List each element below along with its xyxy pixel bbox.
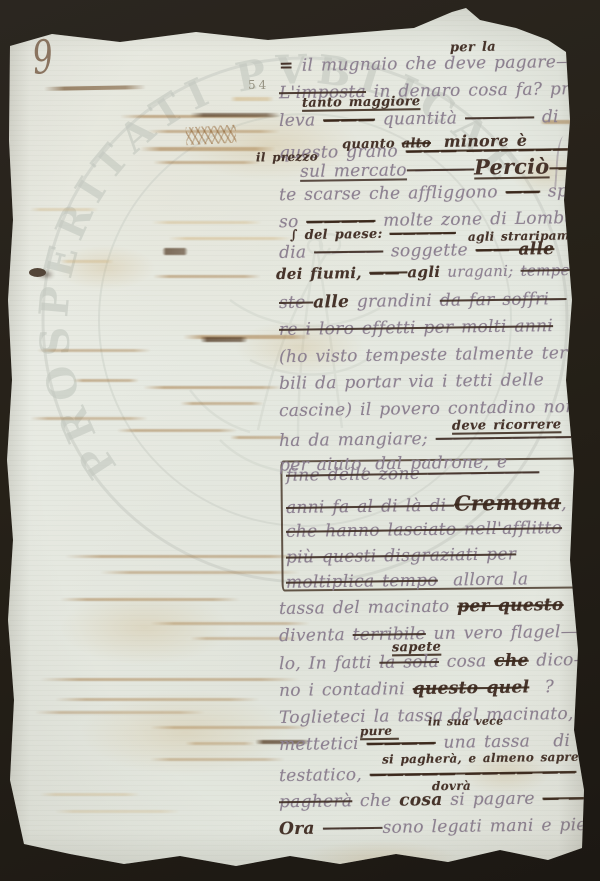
text-segment: ste bbox=[279, 293, 314, 313]
ink-smudge bbox=[153, 275, 261, 278]
text-segment: ———— bbox=[314, 241, 383, 262]
text-segment: dei fiumi, bbox=[276, 264, 370, 283]
text-segment: soggette bbox=[383, 240, 476, 261]
text-segment: di bbox=[534, 107, 559, 127]
text-segment: ———— bbox=[366, 733, 435, 754]
text-segment: uragani; bbox=[440, 262, 521, 281]
text-segment: fine delle zone bbox=[286, 464, 428, 486]
manuscript-line: Toglieteci la tassa del macinato, bbox=[279, 704, 574, 729]
manuscript-line: Ora ——— sono legati mani e piedi bbox=[279, 815, 600, 840]
manuscript-line: moltiplica tempo allora la bbox=[286, 569, 529, 593]
text-segment: Cremona bbox=[454, 490, 561, 515]
paper-stain bbox=[60, 590, 230, 665]
manuscript-line: sul mercato ——— Perciò —— nelle anna— bbox=[300, 152, 600, 183]
text-segment: ? bbox=[529, 677, 554, 697]
paper-stain bbox=[55, 245, 155, 290]
text-segment: da far soffri— bbox=[440, 289, 567, 311]
ink-smudge bbox=[162, 248, 188, 255]
page-number-flourish bbox=[44, 85, 146, 91]
ink-blot bbox=[29, 268, 46, 277]
text-segment: ————— bbox=[389, 226, 456, 242]
ink-smudge bbox=[30, 417, 148, 420]
manuscript-line: fine delle zone —— ———— bbox=[286, 462, 540, 486]
text-segment: mettetici bbox=[279, 734, 367, 755]
manuscript-line: te scarse che affliggono —— spes— bbox=[279, 181, 600, 206]
text-segment: che hanno lasciato nell'afflitto bbox=[286, 518, 562, 542]
text-segment: agli bbox=[407, 263, 440, 281]
text-segment: si pagare bbox=[442, 789, 542, 810]
text-segment: bili da portar via i tetti delle bbox=[279, 370, 544, 394]
text-segment: Toglieteci la tassa del macinato, bbox=[279, 704, 574, 728]
ink-smudge bbox=[180, 402, 264, 405]
text-segment: sono legati mani e piedi bbox=[382, 815, 600, 838]
text-segment: alle bbox=[313, 292, 349, 313]
manuscript-line: (ho visto tempeste talmente terri— bbox=[279, 343, 599, 368]
ink-smudge bbox=[117, 429, 237, 432]
ink-smudge bbox=[37, 349, 151, 352]
ink-smudge bbox=[40, 793, 140, 796]
manuscript-line: più questi disgraziati per bbox=[286, 544, 516, 568]
text-segment: lo, In fatti bbox=[279, 653, 380, 674]
text-segment: un vero flagel— bbox=[426, 622, 578, 644]
manuscript-line: no i contadini questo quel ? bbox=[279, 677, 554, 701]
manuscript-line: dia ———— soggette —— alle bbox=[279, 239, 555, 263]
manuscript-line: pagherà che cosa si pagare — ——, bbox=[279, 788, 600, 813]
text-segment: dia bbox=[279, 242, 314, 262]
text-segment: —— bbox=[369, 263, 407, 282]
text-segment: del paese: bbox=[305, 227, 390, 243]
text-segment: (ho visto tempeste talmente terri— bbox=[279, 343, 599, 367]
text-segment: moltiplica tempo bbox=[286, 571, 438, 593]
text-segment: —— alle bbox=[475, 239, 554, 260]
text-segment: anni fa al di là di bbox=[286, 496, 454, 518]
manuscript-line: in sua vece bbox=[428, 714, 504, 728]
text-segment: —— ———— — bbox=[436, 427, 573, 449]
text-segment: leva bbox=[279, 110, 323, 131]
text-segment: grandini bbox=[349, 291, 440, 312]
manuscript-line: ste alle grandini da far soffri— bbox=[279, 289, 567, 313]
manuscript-line: ha da mangiare; —— ———— — bbox=[279, 427, 572, 451]
manuscript-line: lo, In fatti la sola cosa che dico— bbox=[279, 650, 591, 675]
ink-smudge bbox=[152, 221, 262, 224]
text-segment: questo quel bbox=[413, 677, 530, 699]
hatch-scribble bbox=[186, 125, 237, 146]
manuscript-line: testatico, ————— ———— —— bbox=[279, 762, 577, 787]
manuscript-line: leva ——— quantità ———— di bbox=[279, 107, 559, 131]
text-segment: che bbox=[352, 791, 399, 812]
ink-smudge bbox=[230, 97, 274, 101]
text-segment: spes— bbox=[540, 181, 600, 202]
text-segment: pagherà bbox=[279, 791, 353, 812]
text-segment: diventa bbox=[279, 625, 353, 646]
ink-smudge bbox=[168, 237, 292, 240]
page-number: 9 bbox=[30, 29, 55, 85]
text-segment: per questo bbox=[457, 595, 564, 616]
text-segment: — —— bbox=[542, 788, 600, 809]
text-segment: ——— bbox=[323, 818, 383, 839]
text-segment: te scarse che affliggono bbox=[279, 182, 506, 205]
manuscript-line: anni fa al di là di Cremona, bbox=[286, 490, 567, 519]
text-segment: sul mercato bbox=[300, 160, 407, 181]
manuscript-line: dei fiumi, —— agli uragani; tempe— bbox=[276, 261, 585, 283]
text-segment: ———— —— bbox=[456, 762, 577, 784]
text-segment: no i contadini bbox=[279, 679, 413, 701]
paper: PROSPERITATI PVBLICAE 9 54 per la= il mu… bbox=[0, 0, 600, 881]
text-segment: ——— bbox=[407, 159, 475, 180]
text-segment: allora la bbox=[438, 569, 529, 590]
ink-smudge bbox=[65, 555, 305, 558]
ink-smudge bbox=[73, 379, 139, 382]
text-segment: il mugnaio che deve pagare— bbox=[302, 52, 574, 76]
ink-smudge bbox=[100, 571, 300, 574]
paper-stain bbox=[300, 840, 460, 880]
text-segment: cosa bbox=[399, 790, 443, 811]
text-segment: ———— bbox=[465, 107, 534, 128]
text-segment: la sola bbox=[379, 652, 439, 673]
text-segment: più questi disgraziati per bbox=[286, 544, 516, 567]
text-segment: —— bbox=[505, 182, 540, 202]
text-segment: quantità bbox=[375, 108, 465, 129]
text-segment: Ora bbox=[279, 819, 323, 840]
text-segment: testatico, bbox=[279, 765, 370, 786]
text-segment: Perciò bbox=[474, 154, 550, 179]
manuscript-line: re i loro effetti per molti anni bbox=[279, 316, 553, 340]
folio-stamp: 54 bbox=[248, 78, 269, 92]
text-segment: dico— bbox=[529, 650, 592, 671]
text-segment: = bbox=[279, 56, 302, 76]
manuscript-line: = il mugnaio che deve pagare— bbox=[279, 52, 574, 76]
document-scan: PROSPERITATI PVBLICAE 9 54 per la= il mu… bbox=[0, 0, 600, 881]
ink-smudge bbox=[40, 678, 300, 681]
text-segment: di bbox=[538, 731, 571, 751]
text-segment: —— ———— bbox=[428, 462, 540, 484]
text-segment: in sua vece bbox=[428, 714, 504, 728]
text-segment: —— bbox=[549, 158, 600, 179]
manuscript-line: tassa del macinato per questo bbox=[279, 595, 564, 619]
manuscript-line: che hanno lasciato nell'afflitto bbox=[286, 518, 562, 542]
text-segment: tassa del macinato bbox=[279, 596, 457, 618]
text-segment: che bbox=[494, 651, 529, 671]
text-segment: cosa bbox=[439, 651, 495, 672]
manuscript-line: bili da portar via i tetti delle bbox=[279, 370, 544, 394]
text-segment: ——— bbox=[323, 110, 375, 131]
ink-smudge bbox=[55, 810, 180, 813]
paper-stain bbox=[80, 690, 290, 775]
text-segment: tempe— bbox=[521, 261, 586, 280]
text-segment: ha da mangiare; bbox=[279, 429, 436, 451]
ink-smudge bbox=[30, 208, 98, 211]
text-segment: , bbox=[561, 494, 567, 514]
ink-smudge bbox=[143, 386, 283, 389]
text-segment: re i loro effetti per molti anni bbox=[279, 316, 553, 340]
text-segment: ∫ bbox=[290, 228, 305, 243]
